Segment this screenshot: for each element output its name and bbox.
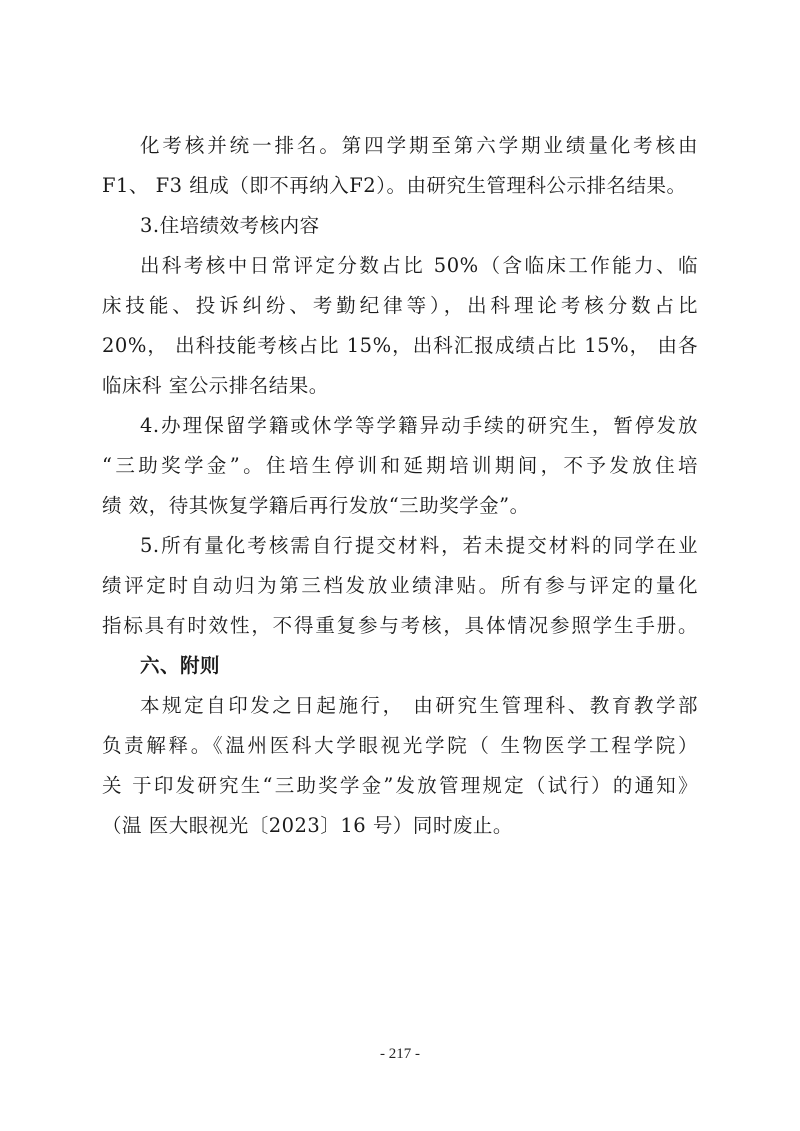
paragraph-line: 20%， 出科技能考核占比 15%，出科汇报成绩占比 15%， 由各	[102, 326, 698, 366]
paragraph-line: 临床科 室公示排名结果。	[102, 366, 698, 406]
paragraph-line: 指标具有时效性，不得重复参与考核，具体情况参照学生手册。	[102, 606, 698, 646]
paragraph-line: 床技能、投诉纠纷、考勤纪律等），出科理论考核分数占比	[102, 286, 698, 326]
paragraph-line: F1、 F3 组成（即不再纳入F2）。由研究生管理科公示排名结果。	[102, 166, 698, 206]
paragraph-line: 5.所有量化考核需自行提交材料，若未提交材料的同学在业	[102, 526, 698, 566]
paragraph-line: 4.办理保留学籍或休学等学籍异动手续的研究生，暂停发放	[102, 406, 698, 446]
paragraph-line: 化考核并统一排名。第四学期至第六学期业绩量化考核由	[102, 126, 698, 166]
paragraph-line: 出科考核中日常评定分数占比 50%（含临床工作能力、临	[102, 246, 698, 286]
paragraph-line: 绩评定时自动归为第三档发放业绩津贴。所有参与评定的量化	[102, 566, 698, 606]
page-number: - 217 -	[0, 1046, 800, 1063]
section-heading: 六、附则	[102, 646, 698, 686]
paragraph-line: （温 医大眼视光〔2023〕16 号）同时废止。	[102, 806, 698, 846]
paragraph-line: 负责解释。《温州医科大学眼视光学院（ 生物医学工程学院）	[102, 726, 698, 766]
paragraph-line: 关 于印发研究生“三助奖学金”发放管理规定（试行）的通知》	[102, 766, 698, 806]
item-heading: 3.住培绩效考核内容	[102, 206, 698, 246]
paragraph-line: 绩 效，待其恢复学籍后再行发放“三助奖学金”。	[102, 486, 698, 526]
paragraph-line: “三助奖学金”。住培生停训和延期培训期间，不予发放住培	[102, 446, 698, 486]
paragraph-line: 本规定自印发之日起施行， 由研究生管理科、教育教学部	[102, 686, 698, 726]
document-page: 化考核并统一排名。第四学期至第六学期业绩量化考核由 F1、 F3 组成（即不再纳…	[102, 126, 698, 846]
